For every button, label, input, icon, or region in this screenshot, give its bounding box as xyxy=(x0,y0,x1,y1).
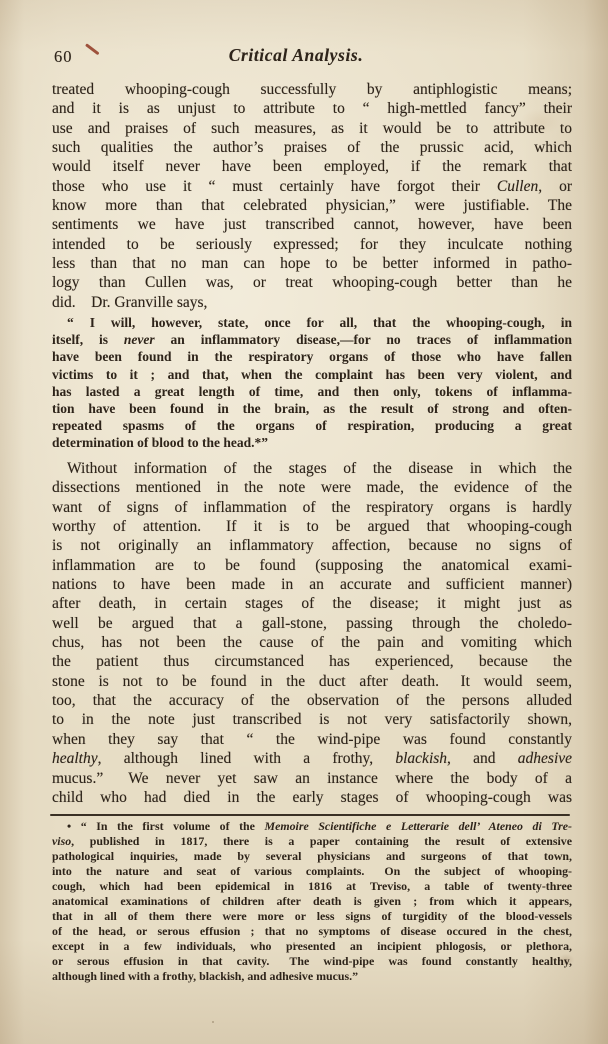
quoted-passage: “ I will, however, state, once for all, … xyxy=(52,314,572,452)
text-line: tion have been found in the brain, as th… xyxy=(52,400,572,417)
text-line: have been found in the respiratory organ… xyxy=(52,348,572,365)
running-header: 60 Critical Analysis. xyxy=(52,45,572,69)
text-line: has lasted a great length of time, and t… xyxy=(52,383,572,400)
text-line: itself, is never an inflammatory disease… xyxy=(52,331,572,348)
paper-speck xyxy=(212,1021,214,1023)
text-line: would itself never have been employed, i… xyxy=(52,157,572,176)
text-line: healthy, although lined with a frothy, b… xyxy=(52,749,572,768)
text-line: into the nature and seat of various comp… xyxy=(52,864,572,879)
text-line: when they say that “ the wind-pipe was f… xyxy=(52,730,572,749)
text-line: such qualities the author’s praises of t… xyxy=(52,138,572,157)
text-line: treated whooping-cough successfully by a… xyxy=(52,80,572,99)
text-line: chus, has not been the cause of the pain… xyxy=(52,633,572,652)
text-line: want of signs of inflammation of the res… xyxy=(52,498,572,517)
text-line: anatomical examinations of children afte… xyxy=(52,894,572,909)
text-line: or serous effusion in that cavity. The w… xyxy=(52,954,572,969)
running-title: Critical Analysis. xyxy=(36,45,556,66)
text-line: did. Dr. Granville says, xyxy=(52,293,572,312)
text-line: child who had died in the early stages o… xyxy=(52,788,572,807)
text-line: that in all of them there were more or l… xyxy=(52,909,572,924)
body-paragraph-2: Without information of the stages of the… xyxy=(52,459,572,807)
text-line: and it is as unjust to attribute to “ hi… xyxy=(52,99,572,118)
text-line: viso, published in 1817, there is a pape… xyxy=(52,834,572,849)
text-line: inflammation are to be found (supposing … xyxy=(52,556,572,575)
text-line: of the head, or serous effusion ; that n… xyxy=(52,924,572,939)
text-line: sentiments we have just transcribed cann… xyxy=(52,215,572,234)
text-line: repeated spasms of the organs of respira… xyxy=(52,417,572,434)
text-line: stone is not to be found in the duct aft… xyxy=(52,672,572,691)
text-line: after death, in certain stages of the di… xyxy=(52,594,572,613)
text-line: the patient thus circumstanced has exper… xyxy=(52,652,572,671)
text-line: mucus.” We never yet saw an instance whe… xyxy=(52,769,572,788)
text-line: although lined with a frothy, blackish, … xyxy=(52,969,572,984)
text-line: Without information of the stages of the… xyxy=(52,459,572,478)
paper-speck xyxy=(293,942,295,945)
text-line: too, that the accuracy of the observatio… xyxy=(52,691,572,710)
text-line: • “ In the first volume of the Memoire S… xyxy=(52,819,572,834)
text-line: well be argued that a gall-stone, passin… xyxy=(52,614,572,633)
text-line: logy than Cullen was, or treat whooping-… xyxy=(52,273,572,292)
text-line: know more than that celebrated physician… xyxy=(52,196,572,215)
text-line: worthy of attention. If it is to be argu… xyxy=(52,517,572,536)
text-line: determination of blood to the head.*” xyxy=(52,434,572,451)
footnote: • “ In the first volume of the Memoire S… xyxy=(52,819,572,984)
text-line: victims to it ; and that, when the compl… xyxy=(52,366,572,383)
body-paragraph-1: treated whooping-cough successfully by a… xyxy=(52,80,572,312)
text-line: use and praises of such measures, as it … xyxy=(52,119,572,138)
text-line: cough, which had been epidemical in 1816… xyxy=(52,879,572,894)
text-line: to in the note just transcribed is not v… xyxy=(52,710,572,729)
text-line: is not originally an inflammatory affect… xyxy=(52,536,572,555)
text-line: dissections mentioned in the note were m… xyxy=(52,478,572,497)
text-line: those who use it “ must certainly have f… xyxy=(52,177,572,196)
text-line: less than that no man can hope to be bet… xyxy=(52,254,572,273)
text-line: “ I will, however, state, once for all, … xyxy=(52,314,572,331)
footnote-separator xyxy=(50,814,570,816)
text-line: intended to be seriously expressed; for … xyxy=(52,235,572,254)
text-line: pathological inquiries, made by several … xyxy=(52,849,572,864)
text-line: except in a few individuals, who present… xyxy=(52,939,572,954)
text-line: nations to have been made in an accurate… xyxy=(52,575,572,594)
